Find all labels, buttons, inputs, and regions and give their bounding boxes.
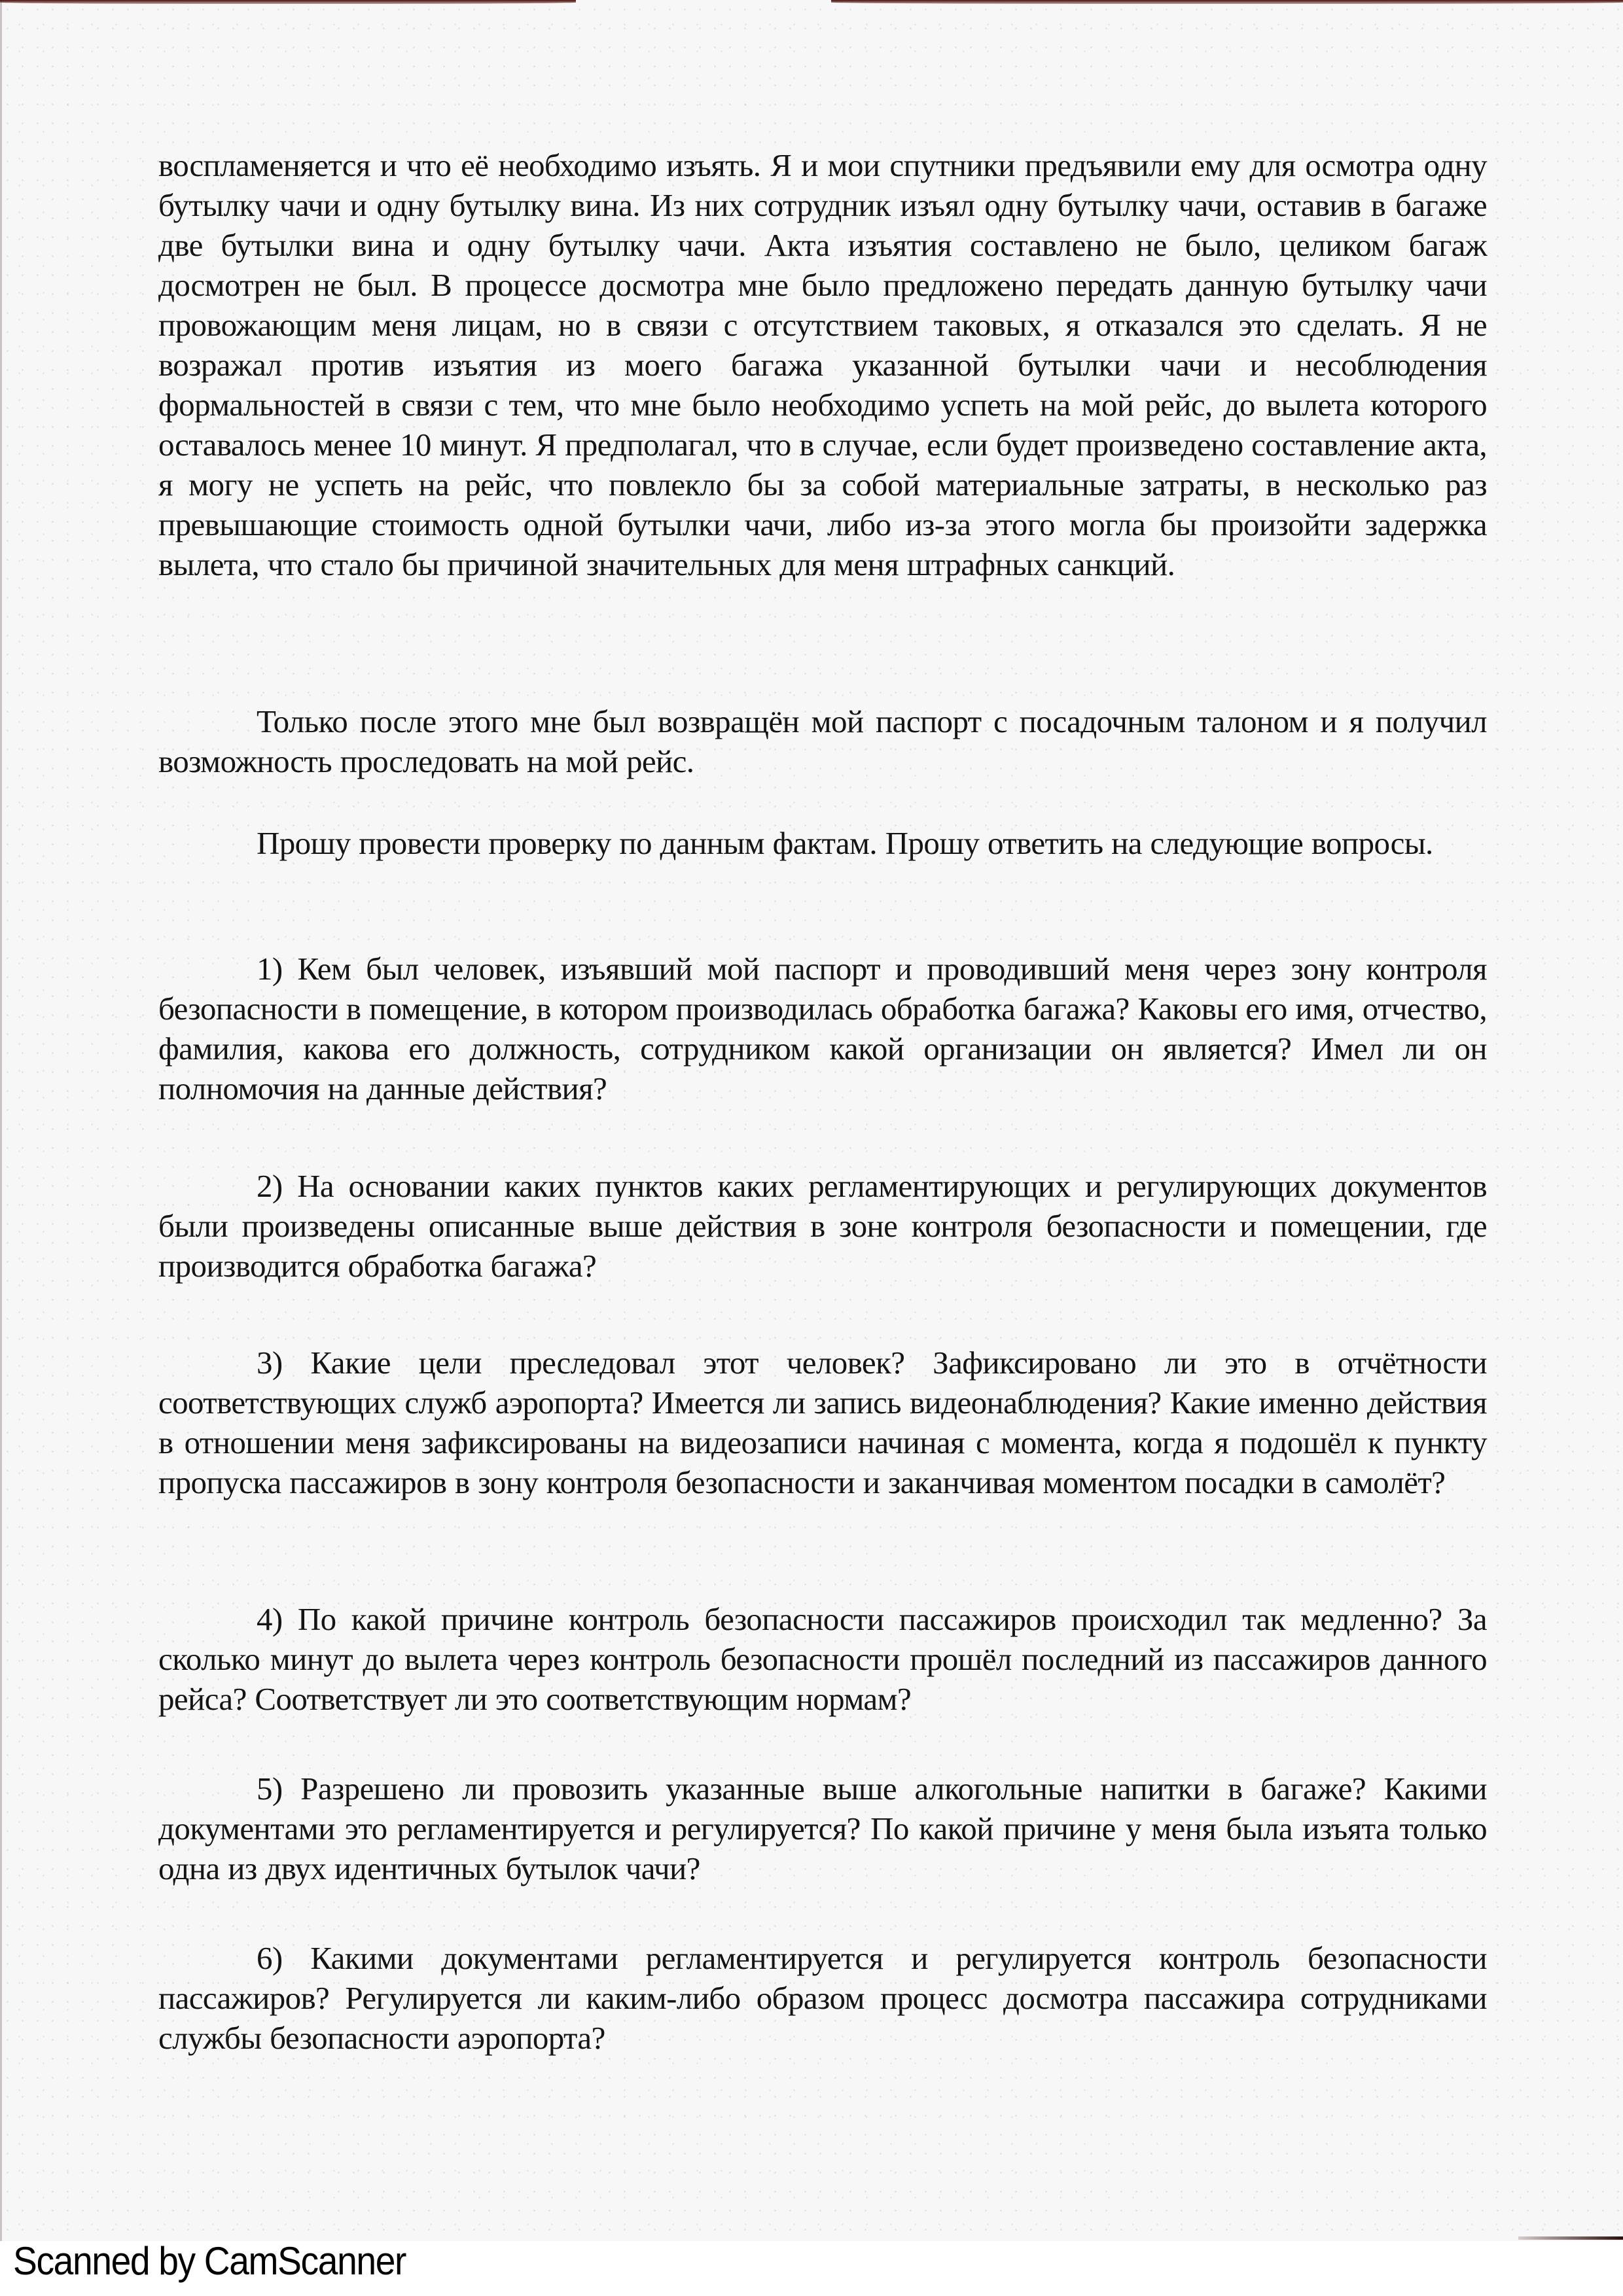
paragraph-passport-returned: Только после этого мне был возвращён мой…: [158, 701, 1487, 781]
question-5: 5) Разрешено ли провозить указанные выше…: [158, 1769, 1487, 1888]
camscanner-watermark: Scanned by CamScanner: [13, 2236, 406, 2286]
paragraph-continuation: воспламеняется и что её необходимо изъят…: [158, 145, 1487, 584]
question-text: 5) Разрешено ли провозить указанные выше…: [158, 1769, 1487, 1888]
question-6: 6) Какими документами регламентируется и…: [158, 1938, 1487, 2058]
question-3: 3) Какие цели преследовал этот человек? …: [158, 1343, 1487, 1502]
paragraph-text: Прошу провести проверку по данным фактам…: [158, 823, 1487, 863]
question-text: 3) Какие цели преследовал этот человек? …: [158, 1343, 1487, 1502]
page-edge-top-left: [0, 0, 576, 4]
page-edge-top-right: [831, 0, 1623, 4]
paragraph-text: воспламеняется и что её необходимо изъят…: [158, 145, 1487, 584]
question-text: 6) Какими документами регламентируется и…: [158, 1938, 1487, 2058]
question-2: 2) На основании каких пунктов каких регл…: [158, 1166, 1487, 1286]
question-text: 1) Кем был человек, изъявший мой паспорт…: [158, 949, 1487, 1108]
question-text: 4) По какой причине контроль безопасност…: [158, 1599, 1487, 1719]
paragraph-text: Только после этого мне был возвращён мой…: [158, 701, 1487, 781]
paragraph-request: Прошу провести проверку по данным фактам…: [158, 823, 1487, 863]
scanned-page: воспламеняется и что её необходимо изъят…: [0, 0, 1623, 2241]
page-edge-left: [0, 0, 2, 2241]
question-text: 2) На основании каких пунктов каких регл…: [158, 1166, 1487, 1286]
page-edge-bottom: [1518, 2236, 1623, 2240]
question-1: 1) Кем был человек, изъявший мой паспорт…: [158, 949, 1487, 1108]
question-4: 4) По какой причине контроль безопасност…: [158, 1599, 1487, 1719]
